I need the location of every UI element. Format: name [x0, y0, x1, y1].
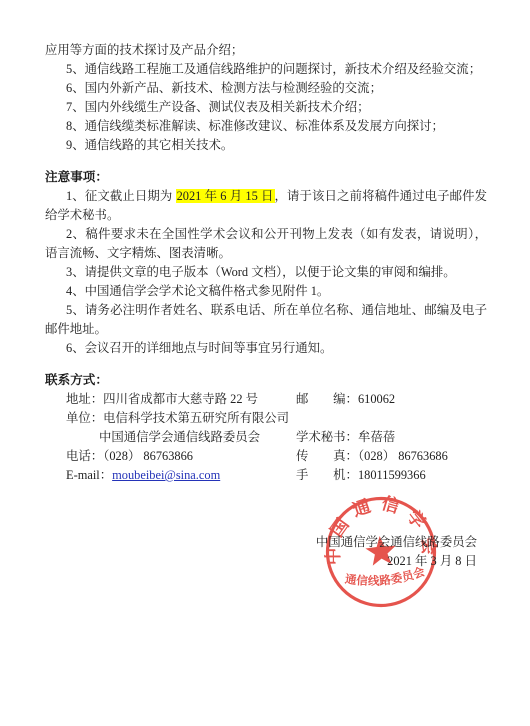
- topic-item-7: 7、国内外线缆生产设备、测试仪表及相关新技术介绍；: [45, 98, 487, 117]
- note-item-2: 2、稿件要求未在全国性学术会议和公开刊物上发表（如有发表，请说明），语言流畅、文…: [45, 225, 487, 263]
- contact-heading: 联系方式：: [45, 371, 487, 390]
- document-content: 应用等方面的技术探讨及产品介绍； 5、通信线路工程施工及通信线路维护的问题探讨，…: [45, 41, 487, 485]
- signature-date: 2021 年 3 月 8 日: [316, 552, 477, 571]
- signature-org: 中国通信学会通信线路委员会: [316, 533, 477, 552]
- contact-row-phone: 电话：（028） 86763866 传 真：（028） 86763686: [45, 447, 487, 466]
- contact-address: 地址：四川省成都市大慈寺路 22 号: [45, 390, 296, 409]
- contact-postcode: 邮 编：610062: [296, 390, 487, 409]
- note-item-3: 3、请提供文章的电子版本（Word 文档），以便于论文集的审阅和编排。: [45, 263, 487, 282]
- contact-block: 地址：四川省成都市大慈寺路 22 号 邮 编：610062 单位：电信科学技术第…: [45, 390, 487, 485]
- contact-row-org2: 中国通信学会通信线路委员会 学术秘书：牟蓓蓓: [45, 428, 487, 447]
- signature-block: 中国通信学会通信线路委员会 2021 年 3 月 8 日: [316, 533, 477, 571]
- document-page: 应用等方面的技术探讨及产品介绍； 5、通信线路工程施工及通信线路维护的问题探讨，…: [0, 0, 530, 726]
- note-item-5: 5、请务必注明作者姓名、联系电话、所在单位名称、通信地址、邮编及电子邮件地址。: [45, 301, 487, 339]
- contact-phone: 电话：（028） 86763866: [45, 447, 296, 466]
- contact-org-line1: 单位：电信科学技术第五研究所有限公司: [45, 409, 296, 428]
- note-1-prefix: 1、征文截止日期为: [66, 189, 176, 203]
- contact-secretary: 学术秘书：牟蓓蓓: [296, 428, 487, 447]
- email-label: E-mail：: [66, 468, 112, 482]
- note-item-4: 4、中国通信学会学术论文稿件格式参见附件 1。: [45, 282, 487, 301]
- topic-item-6: 6、国内外新产品、新技术、检测方法与检测经验的交流；: [45, 79, 487, 98]
- note-item-6: 6、会议召开的详细地点与时间等事宜另行通知。: [45, 339, 487, 358]
- contact-row-email: E-mail：moubeibei@sina.com 手 机：1801159936…: [45, 466, 487, 485]
- contact-row-address: 地址：四川省成都市大慈寺路 22 号 邮 编：610062: [45, 390, 487, 409]
- contact-mobile: 手 机：18011599366: [296, 466, 487, 485]
- email-link[interactable]: moubeibei@sina.com: [112, 468, 220, 482]
- contact-row-org1: 单位：电信科学技术第五研究所有限公司: [45, 409, 487, 428]
- topic-item-8: 8、通信线缆类标准解读、标准修改建议、标准体系及发展方向探讨；: [45, 117, 487, 136]
- note-item-1: 1、征文截止日期为 2021 年 6 月 15 日，请于该日之前将稿件通过电子邮…: [45, 187, 487, 225]
- contact-fax: 传 真：（028） 86763686: [296, 447, 487, 466]
- contact-email: E-mail：moubeibei@sina.com: [45, 466, 296, 485]
- contact-org-line2: 中国通信学会通信线路委员会: [45, 428, 296, 447]
- deadline-highlight: 2021 年 6 月 15 日: [176, 189, 275, 203]
- intro-continuation-line: 应用等方面的技术探讨及产品介绍；: [45, 41, 487, 60]
- topic-item-9: 9、通信线路的其它相关技术。: [45, 136, 487, 155]
- notes-heading: 注意事项：: [45, 168, 487, 187]
- contact-org1-right-spacer: [296, 409, 487, 428]
- topic-item-5: 5、通信线路工程施工及通信线路维护的问题探讨，新技术介绍及经验交流；: [45, 60, 487, 79]
